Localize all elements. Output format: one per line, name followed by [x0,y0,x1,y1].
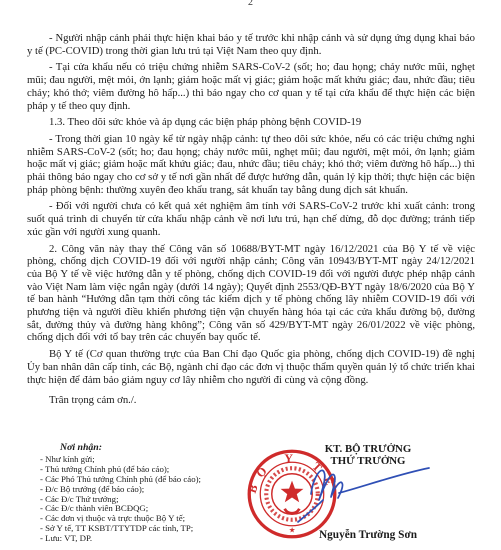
section-heading-1-3: 1.3. Theo dõi sức khỏe và áp dụng các bi… [27,116,475,129]
recipient-item: - Lưu: VT, DP. [40,534,255,544]
paragraph-replaced-documents: 2. Công văn này thay thế Công văn số 106… [27,243,475,345]
closing-line: Trân trọng cảm ơn./. [27,394,475,407]
paragraph-entry-declaration: - Người nhập cảnh phải thực hiện khai bá… [27,32,475,57]
signature-stroke [298,500,323,522]
document-page: 2 - Người nhập cảnh phải thực hiện khai … [0,0,501,550]
recipients-block: Nơi nhận: - Như kính gửi; - Thủ tướng Ch… [40,443,255,544]
signature-stroke [311,470,343,500]
paragraph-no-negative-test: - Đối với người chưa có kết quả xét nghi… [27,200,475,238]
paragraph-health-monitoring: - Trong thời gian 10 ngày kể từ ngày nhậ… [27,133,475,197]
document-body: - Người nhập cảnh phải thực hiện khai bá… [27,32,475,411]
signer-name: Nguyễn Trường Sơn [288,529,448,541]
handwritten-signature [295,460,435,526]
recipients-label: Nơi nhận: [60,443,255,453]
paragraph-moh-request: Bộ Y tế (Cơ quan thường trực của Ban Chỉ… [27,348,475,386]
page-number: 2 [0,0,501,8]
signature-stroke [339,468,429,493]
paragraph-border-symptoms: - Tại cửa khẩu nếu có triệu chứng nhiễm … [27,61,475,112]
